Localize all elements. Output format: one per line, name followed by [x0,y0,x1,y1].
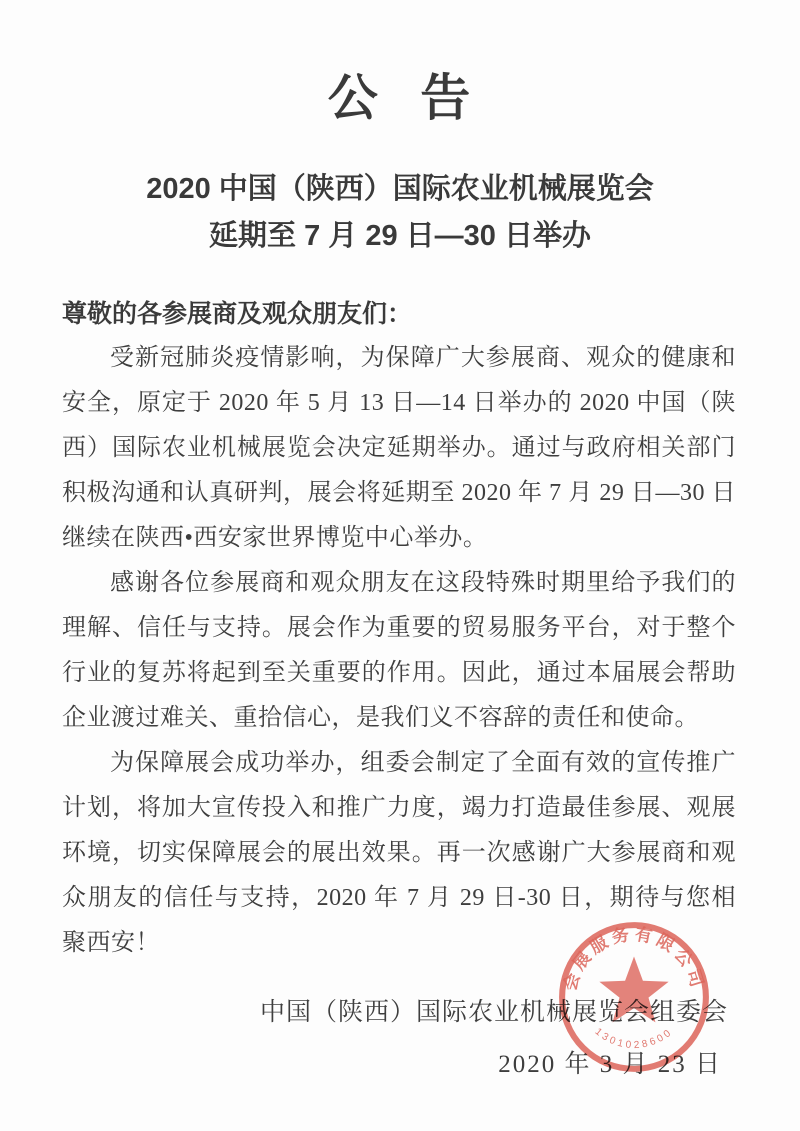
document-body: 受新冠肺炎疫情影响，为保障广大参展商、观众的健康和安全，原定于 2020 年 5… [62,336,736,966]
paragraph-3: 为保障展会成功举办，组委会制定了全面有效的宣传推广计划，将加大宣传投入和推广力度… [62,741,736,966]
salutation: 尊敬的各参展商及观众朋友们： [62,294,738,330]
signature-date: 2020 年 3 月 23 日 [0,1044,722,1080]
announcement-document: 公 告 2020 中国（陕西）国际农业机械展览会 延期至 7 月 29 日—30… [0,0,800,1131]
subtitle-line-1: 2020 中国（陕西）国际农业机械展览会 [0,166,800,213]
document-title: 公 告 [0,58,800,130]
signature-organization: 中国（陕西）国际农业机械展览会组委会 [0,992,728,1028]
paragraph-1: 受新冠肺炎疫情影响，为保障广大参展商、观众的健康和安全，原定于 2020 年 5… [62,336,736,561]
document-subtitle: 2020 中国（陕西）国际农业机械展览会 延期至 7 月 29 日—30 日举办 [0,166,800,260]
subtitle-line-2: 延期至 7 月 29 日—30 日举办 [0,213,800,260]
paragraph-2: 感谢各位参展商和观众朋友在这段特殊时期里给予我们的理解、信任与支持。展会作为重要… [62,561,736,741]
